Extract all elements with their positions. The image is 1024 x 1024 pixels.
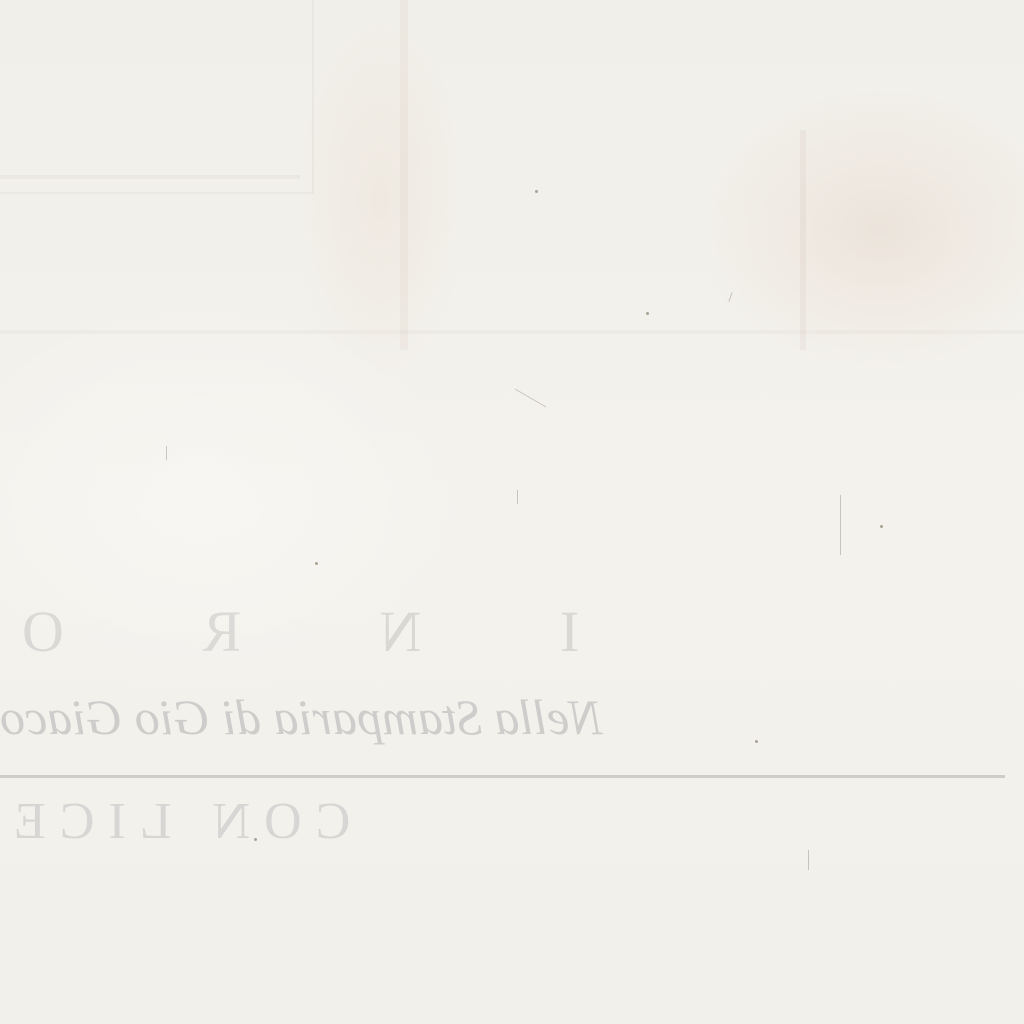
paper-fiber [166, 446, 167, 460]
paper-speck [880, 525, 883, 528]
paper-speck [755, 740, 758, 743]
bleed-through-imprint: Nella Stamparia di Gio Giaco [0, 688, 603, 746]
paper-fiber [840, 495, 841, 555]
ghost-plate-edge [0, 175, 300, 179]
paper-speck [254, 838, 257, 841]
ghost-plate-edge [0, 330, 1024, 334]
paper-fiber [808, 850, 809, 870]
paper-fiber [517, 490, 518, 504]
ghost-plate-edge [800, 130, 806, 350]
paper-speck [315, 562, 318, 565]
ghost-plate-edge [0, 0, 314, 194]
paper-speck [646, 312, 649, 315]
bleed-through-rule [0, 775, 1005, 778]
ghost-plate-edge [400, 0, 408, 350]
bleed-through-title: I N R O [0, 598, 579, 665]
bleed-through-licence: CON LICE [0, 792, 350, 851]
paper-speck [535, 190, 538, 193]
